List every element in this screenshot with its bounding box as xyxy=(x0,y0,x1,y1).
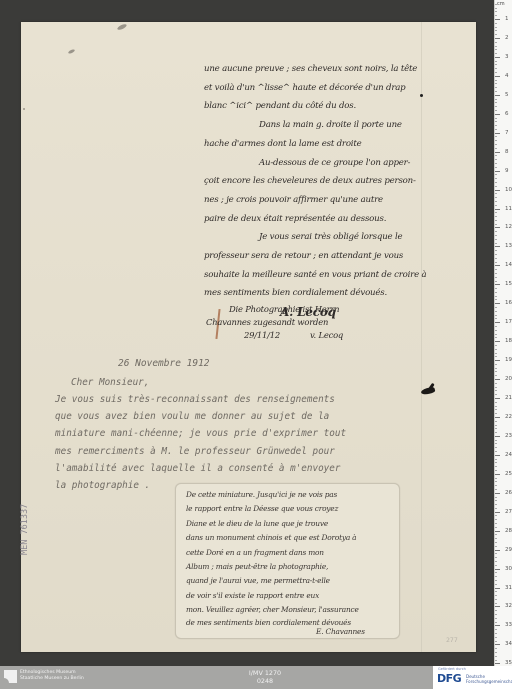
ruler-minor-tick xyxy=(495,250,497,251)
ruler-minor-tick xyxy=(495,451,497,452)
institution-name: Ethnologisches Museum Staatliche Museen … xyxy=(20,670,84,682)
smudge-mark xyxy=(68,49,76,55)
ruler-number: 5 xyxy=(505,92,509,98)
card-line: le rapport entre la Déesse que vous croy… xyxy=(176,502,399,516)
letter-line: mes sentiments bien cordialement dévoués… xyxy=(204,284,444,303)
ruler-minor-tick xyxy=(495,652,497,653)
ruler-minor-tick xyxy=(495,269,497,270)
dfg-logo-block: Gefördert durch DFG Deutsche Forschungsg… xyxy=(433,666,512,689)
letter-line: Dans la main g. droite il porte une xyxy=(204,116,444,135)
ruler-minor-tick xyxy=(495,515,497,516)
ruler-number: 20 xyxy=(505,376,512,382)
ruler-tick xyxy=(495,190,500,191)
annotation-date-row: 29/11/12 v. Lecoq xyxy=(206,329,406,342)
ruler-number: 32 xyxy=(505,603,512,609)
ruler-minor-tick xyxy=(495,220,497,221)
ruler-minor-tick xyxy=(495,4,497,5)
ruler-number: 7 xyxy=(505,130,509,136)
ruler-tick xyxy=(495,625,500,626)
ruler-minor-tick xyxy=(495,364,497,365)
ruler-number: 24 xyxy=(505,452,512,458)
ruler-tick xyxy=(495,152,500,153)
typed-salutation: Cher Monsieur, xyxy=(55,374,455,391)
ruler-tick xyxy=(495,95,500,96)
ruler-tick xyxy=(495,360,500,361)
annotation-initials: v. Lecoq xyxy=(310,329,343,342)
ruler-tick xyxy=(495,569,500,570)
ruler-minor-tick xyxy=(495,478,497,479)
ruler-minor-tick xyxy=(495,629,497,630)
ruler-minor-tick xyxy=(495,538,497,539)
funded-by-label: Gefördert durch xyxy=(438,667,466,671)
ruler-number: 3 xyxy=(505,54,509,60)
letter-line: hache d'armes dont la lame est droite xyxy=(204,135,444,154)
ruler-minor-tick xyxy=(495,315,497,316)
letter-line: nes ; je crois pouvoir affirmer qu'une a… xyxy=(204,191,444,210)
ruler-minor-tick xyxy=(495,356,497,357)
ruler-tick xyxy=(495,38,500,39)
ruler-minor-tick xyxy=(495,273,497,274)
ruler-minor-tick xyxy=(495,178,497,179)
ruler-minor-tick xyxy=(495,447,497,448)
ruler-minor-tick xyxy=(495,406,497,407)
dfg-logo-icon: DFG xyxy=(437,672,461,685)
ruler-minor-tick xyxy=(495,614,497,615)
typed-letter: 26 Novembre 1912 Cher Monsieur, Je vous … xyxy=(55,357,455,494)
ruler-tick xyxy=(495,455,500,456)
ruler-minor-tick xyxy=(495,299,497,300)
ruler-minor-tick xyxy=(495,216,497,217)
ruler-minor-tick xyxy=(495,330,497,331)
ruler-number: 15 xyxy=(505,281,512,287)
ruler-tick xyxy=(495,114,500,115)
ruler-minor-tick xyxy=(495,30,497,31)
ruler-minor-tick xyxy=(495,648,497,649)
ruler-tick xyxy=(495,57,500,58)
smudge-mark xyxy=(117,23,128,31)
ruler-minor-tick xyxy=(495,508,497,509)
typed-line: miniature mani-chéenne; je vous prie d'e… xyxy=(55,425,455,442)
ruler-number: 33 xyxy=(505,622,512,628)
card-line: Album ; mais peut-être la photographie, xyxy=(176,560,399,574)
ruler-minor-tick xyxy=(495,254,497,255)
ruler-minor-tick xyxy=(495,307,497,308)
german-annotation: Die Photographie ist Herrn Chavannes zug… xyxy=(206,303,406,343)
ruler-tick xyxy=(495,265,500,266)
ruler-minor-tick xyxy=(495,262,497,263)
ruler-number: 12 xyxy=(505,224,512,230)
ruler-minor-tick xyxy=(495,504,497,505)
ruler-minor-tick xyxy=(495,34,497,35)
ruler-number: 31 xyxy=(505,585,512,591)
letter-line: paire de deux était représentée au desso… xyxy=(204,210,444,229)
ruler-minor-tick xyxy=(495,497,497,498)
ruler-tick xyxy=(495,493,500,494)
ruler-tick xyxy=(495,76,500,77)
ruler-minor-tick xyxy=(495,523,497,524)
ruler-minor-tick xyxy=(495,15,497,16)
ruler-tick xyxy=(495,644,500,645)
ruler-minor-tick xyxy=(495,197,497,198)
page-number: 0248 xyxy=(240,677,290,685)
typed-line: que vous avez bien voulu me donner au su… xyxy=(55,408,455,425)
letter-line: et voilà d'un ^lisse^ haute et décorée d… xyxy=(204,79,444,98)
ruler-tick xyxy=(495,663,500,664)
ruler-minor-tick xyxy=(495,470,497,471)
ruler-unit: cm xyxy=(497,1,505,7)
ruler-minor-tick xyxy=(495,368,497,369)
ruler-minor-tick xyxy=(495,193,497,194)
ruler-minor-tick xyxy=(495,641,497,642)
typed-date: 26 Novembre 1912 xyxy=(55,357,455,371)
typed-line: l'amabilité avec laquelle il a consenté … xyxy=(55,460,455,477)
ruler-number: 8 xyxy=(505,149,509,155)
ruler-minor-tick xyxy=(495,546,497,547)
ruler-minor-tick xyxy=(495,258,497,259)
ruler-number: 6 xyxy=(505,111,509,117)
ruler-number: 30 xyxy=(505,566,512,572)
ruler-number: 17 xyxy=(505,319,512,325)
cm-ruler: cm 1234567891011121314151617181920212223… xyxy=(494,0,512,666)
ruler-minor-tick xyxy=(495,80,497,81)
ruler-minor-tick xyxy=(495,428,497,429)
ruler-minor-tick xyxy=(495,565,497,566)
ruler-minor-tick xyxy=(495,576,497,577)
shelfmark: I/MV 1270 xyxy=(240,669,290,677)
ruler-minor-tick xyxy=(495,443,497,444)
annotation-line: Chavannes zugesandt worden xyxy=(206,316,406,329)
ruler-minor-tick xyxy=(495,212,497,213)
ruler-minor-tick xyxy=(495,46,497,47)
ruler-minor-tick xyxy=(495,519,497,520)
dfg-org-line2: Forschungsgemeinschaft xyxy=(466,679,512,684)
ruler-minor-tick xyxy=(495,121,497,122)
ruler-tick xyxy=(495,398,500,399)
ruler-minor-tick xyxy=(495,27,497,28)
ruler-minor-tick xyxy=(495,394,497,395)
ruler-minor-tick xyxy=(495,144,497,145)
ruler-number: 28 xyxy=(505,528,512,534)
ruler-minor-tick xyxy=(495,8,497,9)
ruler-minor-tick xyxy=(495,409,497,410)
ruler-minor-tick xyxy=(495,167,497,168)
corner-mark: 277 xyxy=(446,636,458,644)
card-line: dans un monument chinois et que est Doro… xyxy=(176,531,399,545)
ruler-number: 11 xyxy=(505,206,512,212)
ruler-tick xyxy=(495,303,500,304)
ruler-minor-tick xyxy=(495,106,497,107)
ruler-minor-tick xyxy=(495,42,497,43)
ruler-minor-tick xyxy=(495,326,497,327)
ruler-tick xyxy=(495,474,500,475)
ruler-minor-tick xyxy=(495,136,497,137)
ruler-number: 16 xyxy=(505,300,512,306)
ruler-minor-tick xyxy=(495,402,497,403)
ruler-minor-tick xyxy=(495,277,497,278)
ruler-number: 22 xyxy=(505,414,512,420)
ruler-minor-tick xyxy=(495,413,497,414)
ruler-minor-tick xyxy=(495,155,497,156)
ruler-number: 19 xyxy=(505,357,512,363)
ruler-tick xyxy=(495,171,500,172)
ruler-minor-tick xyxy=(495,61,497,62)
ruler-minor-tick xyxy=(495,201,497,202)
ruler-minor-tick xyxy=(495,345,497,346)
shelfmark-block: I/MV 1270 0248 xyxy=(240,669,290,685)
letter-line: Je vous serai très obligé lorsque le xyxy=(204,228,444,247)
ruler-minor-tick xyxy=(495,353,497,354)
inserted-note-card: De cette miniature. Jusqu'ici je ne vois… xyxy=(175,483,400,639)
ruler-minor-tick xyxy=(495,489,497,490)
ruler-minor-tick xyxy=(495,239,497,240)
ruler-tick xyxy=(495,227,500,228)
ruler-minor-tick xyxy=(495,140,497,141)
ruler-minor-tick xyxy=(495,462,497,463)
ruler-tick xyxy=(495,209,500,210)
ruler-tick xyxy=(495,133,500,134)
ruler-minor-tick xyxy=(495,118,497,119)
ruler-minor-tick xyxy=(495,542,497,543)
ruler-tick xyxy=(495,246,500,247)
ruler-minor-tick xyxy=(495,68,497,69)
ruler-number: 9 xyxy=(505,168,509,174)
ruler-minor-tick xyxy=(495,231,497,232)
ruler-minor-tick xyxy=(495,102,497,103)
card-line: mon. Veuillez agréer, cher Monsieur, l'a… xyxy=(176,603,399,617)
ruler-minor-tick xyxy=(495,500,497,501)
ruler-minor-tick xyxy=(495,205,497,206)
ruler-minor-tick xyxy=(495,288,497,289)
institution-line2: Staatliche Museen zu Berlin xyxy=(20,676,84,682)
handwritten-letter: une aucune preuve ; ses cheveux sont noi… xyxy=(204,60,444,319)
ruler-minor-tick xyxy=(495,553,497,554)
letter-line: Au-dessous de ce groupe l'on apper- xyxy=(204,154,444,173)
ruler-minor-tick xyxy=(495,534,497,535)
ruler-minor-tick xyxy=(495,159,497,160)
scan-background: une aucune preuve ; ses cheveux sont noi… xyxy=(0,0,494,660)
ruler-minor-tick xyxy=(495,125,497,126)
ruler-tick xyxy=(495,588,500,589)
ruler-minor-tick xyxy=(495,599,497,600)
ruler-minor-tick xyxy=(495,527,497,528)
ruler-tick xyxy=(495,512,500,513)
ruler-minor-tick xyxy=(495,235,497,236)
letter-line: professeur sera de retour ; en attendant… xyxy=(204,247,444,266)
ruler-tick xyxy=(495,19,500,20)
ruler-number: 34 xyxy=(505,641,512,647)
ruler-minor-tick xyxy=(495,281,497,282)
ruler-minor-tick xyxy=(495,561,497,562)
inventory-stamp: MEN 761337 xyxy=(20,504,30,555)
ruler-minor-tick xyxy=(495,174,497,175)
ruler-minor-tick xyxy=(495,53,497,54)
ruler-number: 1 xyxy=(505,16,509,22)
ruler-minor-tick xyxy=(495,383,497,384)
ruler-minor-tick xyxy=(495,72,497,73)
ruler-number: 23 xyxy=(505,433,512,439)
ruler-minor-tick xyxy=(495,387,497,388)
ruler-minor-tick xyxy=(495,425,497,426)
ruler-minor-tick xyxy=(495,459,497,460)
ruler-number: 2 xyxy=(505,35,509,41)
ruler-number: 18 xyxy=(505,338,512,344)
ruler-number: 4 xyxy=(505,73,509,79)
card-signature: E. Chavannes xyxy=(176,627,399,637)
typed-line: Je vous suis très-reconnaissant des rens… xyxy=(55,391,455,408)
ruler-minor-tick xyxy=(495,99,497,100)
card-line: de mes sentiments bien cordialement dévo… xyxy=(176,618,399,627)
ruler-minor-tick xyxy=(495,572,497,573)
typed-line: mes remerciments à M. le professeur Grün… xyxy=(55,443,455,460)
ruler-minor-tick xyxy=(495,129,497,130)
ruler-minor-tick xyxy=(495,485,497,486)
dfg-org-name: Deutsche Forschungsgemeinschaft xyxy=(466,674,512,684)
ruler-minor-tick xyxy=(495,637,497,638)
ruler-minor-tick xyxy=(495,318,497,319)
ruler-number: 14 xyxy=(505,262,512,268)
ruler-minor-tick xyxy=(495,584,497,585)
ruler-minor-tick xyxy=(495,595,497,596)
ruler-minor-tick xyxy=(495,432,497,433)
ruler-minor-tick xyxy=(495,11,497,12)
card-line: quand je l'aurai vue, me permettra-t-ell… xyxy=(176,574,399,588)
ruler-minor-tick xyxy=(495,591,497,592)
ruler-number: 10 xyxy=(505,187,512,193)
ruler-minor-tick xyxy=(495,163,497,164)
card-line: de voir s'il existe le rapport entre eux xyxy=(176,589,399,603)
ruler-tick xyxy=(495,379,500,380)
ruler-minor-tick xyxy=(495,311,497,312)
ruler-number: 29 xyxy=(505,547,512,553)
card-line: De cette miniature. Jusqu'ici je ne vois… xyxy=(176,488,399,502)
ruler-tick xyxy=(495,550,500,551)
ruler-minor-tick xyxy=(495,292,497,293)
ruler-number: 21 xyxy=(505,395,512,401)
ruler-minor-tick xyxy=(495,440,497,441)
ruler-minor-tick xyxy=(495,182,497,183)
ruler-minor-tick xyxy=(495,64,497,65)
ruler-tick xyxy=(495,531,500,532)
ruler-minor-tick xyxy=(495,390,497,391)
dot-mark xyxy=(23,108,25,110)
ruler-minor-tick xyxy=(495,656,497,657)
ruler-minor-tick xyxy=(495,481,497,482)
ruler-minor-tick xyxy=(495,23,497,24)
ruler-minor-tick xyxy=(495,337,497,338)
ruler-minor-tick xyxy=(495,110,497,111)
ruler-number: 25 xyxy=(505,471,512,477)
ruler-number: 26 xyxy=(505,490,512,496)
ruler-number: 27 xyxy=(505,509,512,515)
annotation-date: 29/11/12 xyxy=(210,329,280,342)
ruler-minor-tick xyxy=(495,622,497,623)
card-line: cette Doré en a un fragment dans mon xyxy=(176,546,399,560)
ruler-tick xyxy=(495,341,500,342)
ruler-minor-tick xyxy=(495,375,497,376)
ruler-number: 13 xyxy=(505,243,512,249)
letter-line: une aucune preuve ; ses cheveux sont noi… xyxy=(204,60,444,79)
card-line: Diane et le dieu de la lune que je trouv… xyxy=(176,517,399,531)
ruler-tick xyxy=(495,284,500,285)
ruler-minor-tick xyxy=(495,610,497,611)
ruler-minor-tick xyxy=(495,421,497,422)
ruler-minor-tick xyxy=(495,186,497,187)
ruler-minor-tick xyxy=(495,633,497,634)
ruler-minor-tick xyxy=(495,603,497,604)
ruler-minor-tick xyxy=(495,148,497,149)
ruler-minor-tick xyxy=(495,349,497,350)
ruler-tick xyxy=(495,606,500,607)
ruler-minor-tick xyxy=(495,87,497,88)
letter-line: blanc ^ici^ pendant du côté du dos. xyxy=(204,97,444,116)
ruler-minor-tick xyxy=(495,49,497,50)
ruler-minor-tick xyxy=(495,557,497,558)
letter-line: souhaite la meilleure santé en vous pria… xyxy=(204,266,444,285)
footer-bar: Ethnologisches Museum Staatliche Museen … xyxy=(0,666,512,689)
ruler-minor-tick xyxy=(495,243,497,244)
letter-line: çoit encore les cheveleures de deux autr… xyxy=(204,172,444,191)
ruler-minor-tick xyxy=(495,580,497,581)
ruler-minor-tick xyxy=(495,334,497,335)
ruler-minor-tick xyxy=(495,660,497,661)
ruler-tick xyxy=(495,322,500,323)
ruler-minor-tick xyxy=(495,296,497,297)
ruler-minor-tick xyxy=(495,371,497,372)
ruler-tick xyxy=(495,417,500,418)
ruler-minor-tick xyxy=(495,466,497,467)
ruler-minor-tick xyxy=(495,618,497,619)
ruler-minor-tick xyxy=(495,83,497,84)
ruler-minor-tick xyxy=(495,91,497,92)
ruler-minor-tick xyxy=(495,224,497,225)
ruler-tick xyxy=(495,436,500,437)
annotation-line: Die Photographie ist Herrn xyxy=(206,303,406,316)
